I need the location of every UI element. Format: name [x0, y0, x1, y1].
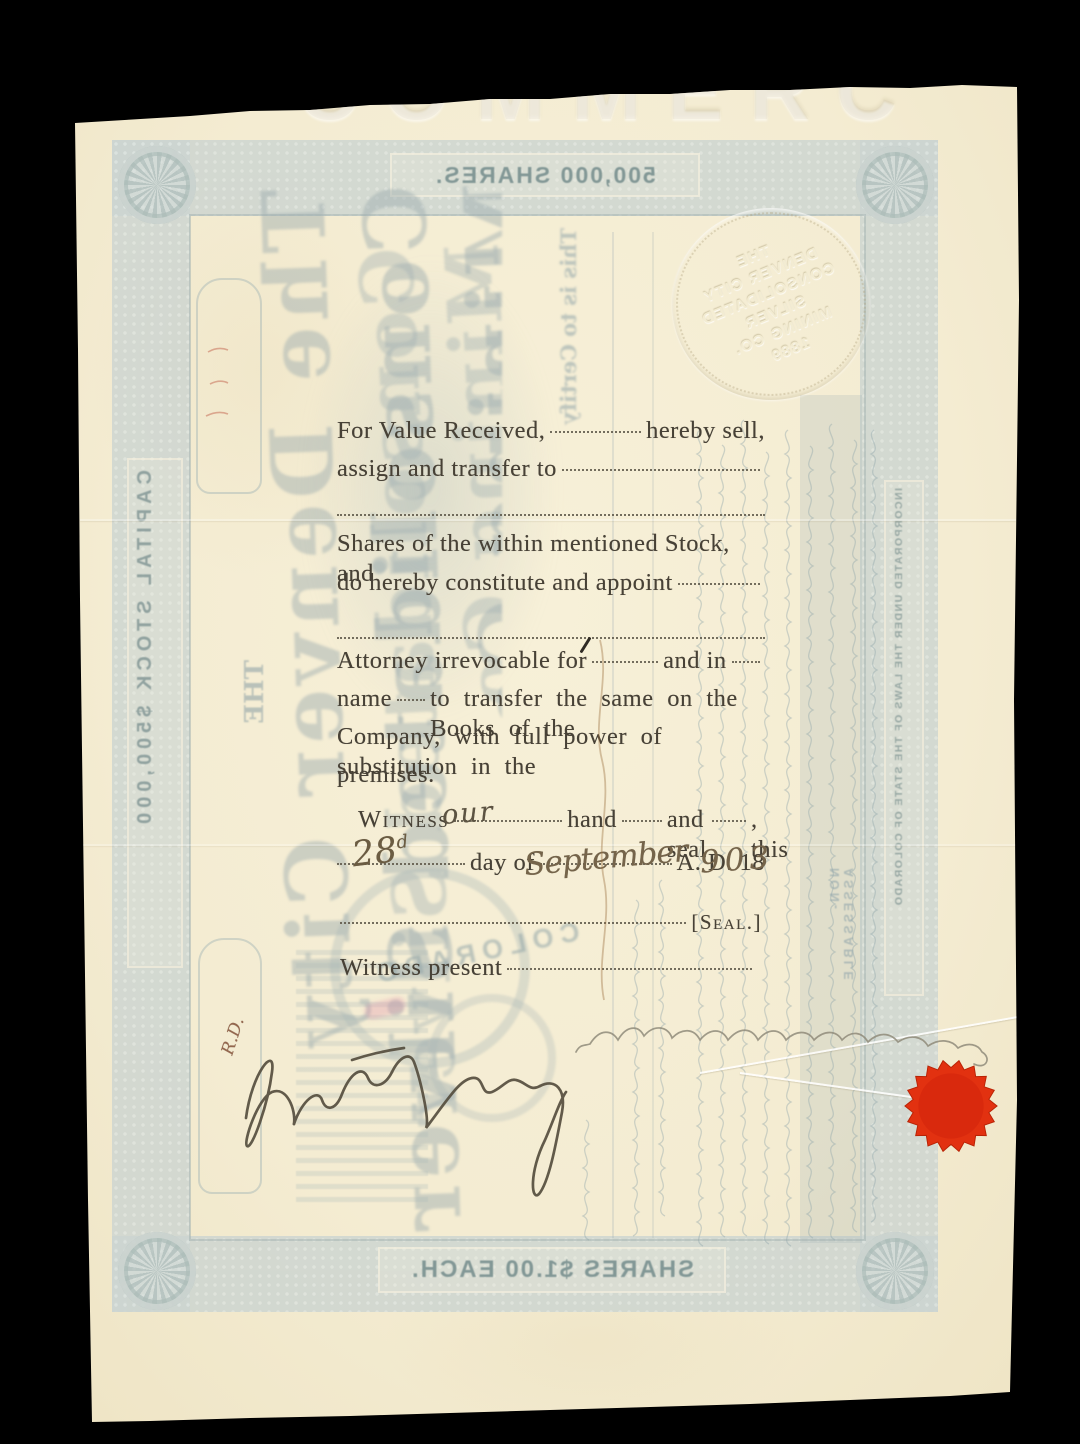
certificate-paper: COMMERC 500,000 SHARES. SHARES $1.00 EAC…	[0, 0, 1080, 1444]
signatures-layer	[0, 0, 1080, 1444]
ghost-brown-squiggle	[599, 640, 606, 1000]
red-wafer-seal	[905, 1061, 997, 1152]
faint-signature	[576, 1028, 987, 1066]
scanned-certificate-scene: COMMERC 500,000 SHARES. SHARES $1.00 EAC…	[0, 0, 1080, 1444]
ghost-red-marks	[206, 348, 228, 416]
paper-shadow-wrap: COMMERC 500,000 SHARES. SHARES $1.00 EAC…	[0, 0, 1080, 1444]
witness-signature	[246, 1048, 566, 1195]
